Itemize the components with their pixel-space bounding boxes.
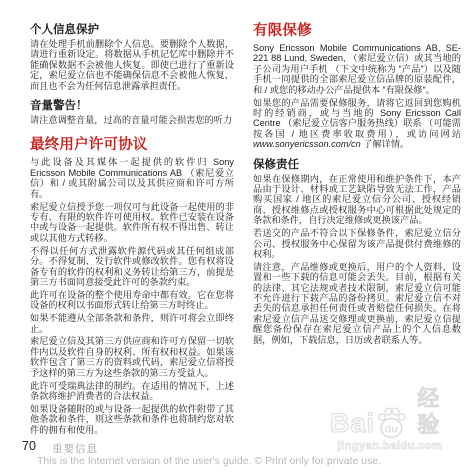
- paragraph-eula-2: 索尼爱立信授予您一项仅可与此设备一起使用的非专有、有限的软件许可使用权。软件已安…: [30, 202, 234, 244]
- paragraph-liability-3: 请注意，产品维修或更换后，用户的个人资料、设置和一些下载的信息可能会丢失。目前，…: [253, 262, 461, 345]
- heading-volume-warning: 音量警告！: [30, 100, 234, 112]
- paragraph-warranty-1: Sony Ericsson Mobile Communications AB, …: [253, 43, 461, 95]
- paragraph-eula-7: 此许可受瑞典法律的制约。在适用的情况下，上述条款将维护消费者的合法权益。: [30, 381, 234, 402]
- watermark-logo-row: Bai du 经验: [330, 398, 450, 438]
- paragraph-eula-3: 不得以任何方式泄露软件源代码或其任何组成部分。不得复制、发行软件或修改软件。您有…: [30, 246, 234, 288]
- internet-version-note: This is the Internet version of the user…: [37, 455, 457, 467]
- page-number: 70: [22, 439, 36, 453]
- watermark-bai-text: Bai: [330, 408, 375, 438]
- watermark-jingyan-text: 经验: [407, 386, 450, 438]
- paragraph-warranty-2: 如果您的产品需要保修服务，请将它返回到您购机时的经销商，或与当地的 Sony E…: [253, 98, 461, 150]
- paragraph-liability-1: 如果在保修期内，在正常使用和维护条件下，本产品由于设计、材料或工艺缺陷导致无法工…: [253, 174, 461, 226]
- baidu-jingyan-watermark: Bai du 经验 jingyan.baidu.com: [330, 398, 450, 452]
- heading-eula: 最终用户许可协议: [30, 138, 234, 153]
- warranty-website-url: www.sonyericsson.com/cn: [253, 139, 361, 149]
- paragraph-warranty-2-text: 如果您的产品需要保修服务，请将它返回到您购机时的经销商，或与当地的 Sony E…: [253, 98, 461, 139]
- watermark-url: jingyan.baidu.com: [330, 440, 450, 452]
- paragraph-eula-4: 此许可在设备的整个使用寿命中都有效。它在您将设备的权利以书面形式转让给第三方时终…: [30, 290, 234, 311]
- chapter-label: 重要信息: [52, 441, 98, 456]
- watermark-du-text: du: [385, 423, 398, 435]
- paragraph-eula-5: 如果不能遵从全部条款和条件，则许可将会立即终止。: [30, 313, 234, 334]
- paragraph-eula-8: 如果设备随附的或与设备一起提供的软件附带了其他条款和条件，则这些条款和条件也将制…: [30, 404, 234, 435]
- paragraph-eula-6: 索尼爱立信及其第三方供应商和许可方保留一切软件内以及软件自身的权利、所有权和权益…: [30, 336, 234, 378]
- heading-warranty-liability: 保修责任: [253, 159, 461, 171]
- right-column: 有限保修 Sony Ericsson Mobile Communications…: [253, 24, 461, 348]
- paw-icon: du: [376, 406, 406, 440]
- paragraph-personal-info: 请在处理手机前删除个人信息。要删除个人数据，请进行重新设定。将数据从手机记忆库中…: [30, 39, 234, 91]
- paragraph-liability-2: 若送交的产品不符合以下保修条件，索尼爱立信分公司、授权服务中心保留为该产品提供付…: [253, 228, 461, 259]
- paragraph-eula-1: 与此设备及其媒体一起提供的软件归 Sony Ericsson Mobile Co…: [30, 157, 234, 199]
- heading-personal-info-protection: 个人信息保护: [30, 24, 234, 36]
- paragraph-volume-warning: 请注意调整音量，过高的音量可能会损害您的听力: [30, 115, 234, 125]
- manual-page: 个人信息保护 请在处理手机前删除个人信息。要删除个人数据，请进行重新设定。将数据…: [0, 0, 474, 474]
- left-column: 个人信息保护 请在处理手机前删除个人信息。要删除个人数据，请进行重新设定。将数据…: [30, 24, 234, 438]
- paragraph-warranty-2-tail: 了解详情。: [361, 139, 410, 149]
- heading-limited-warranty: 有限保修: [253, 24, 461, 39]
